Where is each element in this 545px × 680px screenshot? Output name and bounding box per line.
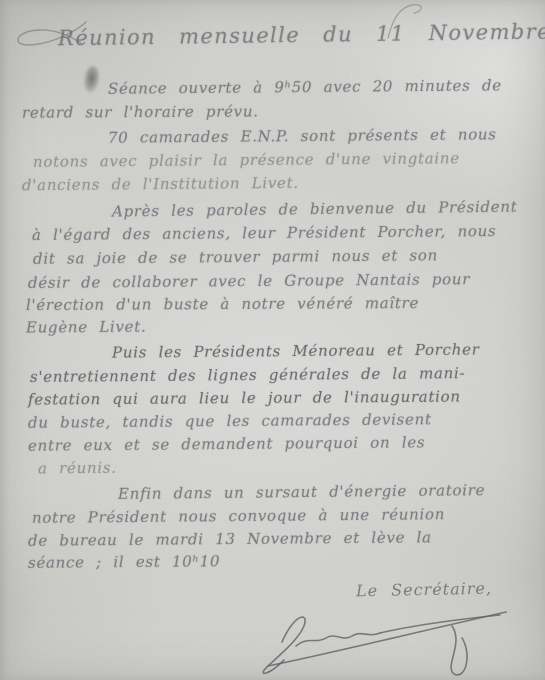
manuscript-line: s'entretiennent des lignes générales de …: [30, 364, 465, 386]
scanned-manuscript-page: Réunion mensuelle du 11 Novembre 1945 – …: [0, 0, 545, 680]
manuscript-line: festation qui aura lieu le jour de l'ina…: [28, 387, 461, 408]
document-title: Réunion mensuelle du 11 Novembre 1945 –: [58, 18, 545, 51]
manuscript-line: l'érection d'un buste à notre vénéré maî…: [26, 294, 419, 314]
manuscript-line: d'anciens de l'Institution Livet.: [22, 174, 299, 194]
manuscript-line: Enfin dans un sursaut d'énergie oratoire: [118, 481, 485, 503]
manuscript-line: Séance ouverte à 9ʰ50 avec 20 minutes de: [108, 76, 502, 97]
manuscript-line: à l'égard des anciens, leur Président Po…: [32, 222, 497, 244]
manuscript-line: Eugène Livet.: [26, 317, 147, 336]
manuscript-line: Puis les Présidents Ménoreau et Porcher: [112, 340, 480, 361]
pen-flourish-novembre: [384, 2, 440, 40]
manuscript-line: notre Président nous convoque à une réun…: [32, 505, 445, 527]
manuscript-line: 70 camarades E.N.P. sont présents et nou…: [108, 125, 497, 146]
manuscript-line: entre eux et se demandent pourquoi on le…: [28, 433, 425, 454]
pen-flourish-title: [12, 18, 90, 58]
manuscript-line: du buste, tandis que les camarades devis…: [28, 410, 432, 432]
manuscript-line: de bureau le mardi 13 Novembre et lève l…: [28, 528, 432, 550]
ink-blot: [82, 65, 101, 94]
manuscript-line: Après les paroles de bienvenue du Présid…: [112, 198, 518, 221]
manuscript-line: notons avec plaisir la présence d'une vi…: [33, 149, 460, 171]
manuscript-line: séance ; il est 10ʰ10: [28, 552, 220, 572]
manuscript-line: désir de collaborer avec le Groupe Nanta…: [28, 270, 470, 292]
manuscript-line: dit sa joie de se trouver parmi nous et …: [33, 246, 438, 268]
manuscript-line: a réunis.: [38, 459, 117, 478]
manuscript-line: retard sur l'horaire prévu.: [22, 102, 259, 121]
secretary-signature: [248, 596, 528, 680]
